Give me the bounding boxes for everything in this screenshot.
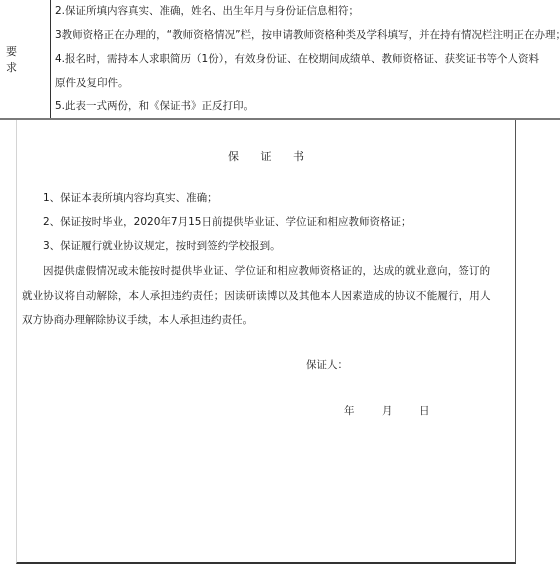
- pledge-paragraph-line-1: 因提供虚假情况或未能按时提供毕业证、学位证和相应教师资格证的，达成的就业意向，签…: [43, 264, 490, 278]
- pledge-item-3: 3、保证履行就业协议规定，按时到签约学校报到。: [43, 239, 281, 253]
- requirement-line-3: 3教师资格正在办理的，“教师资格情况”栏，按申请教师资格种类及学科填写，并在持有…: [55, 28, 560, 42]
- pledge-item-2: 2、保证按时毕业，2020年7月15日前提供毕业证、学位证和相应教师资格证；: [43, 215, 411, 229]
- date-day: 日: [419, 403, 430, 418]
- requirements-content: 2.保证所填内容真实、准确，姓名、出生年月与身份证信息相符； 3教师资格正在办理…: [55, 0, 560, 118]
- requirement-line-2: 2.保证所填内容真实、准确，姓名、出生年月与身份证信息相符；: [55, 4, 359, 18]
- date-month: 月: [382, 403, 419, 418]
- pledge-item-1: 1、保证本表所填内容均真实、准确；: [43, 191, 218, 205]
- date-year: 年: [344, 403, 382, 418]
- signature-date: 年 月 日: [344, 403, 430, 418]
- requirement-line-4: 4.报名时，需持本人求职简历（1份），有效身份证、在校期间成绩单、教师资格证、获…: [55, 52, 539, 66]
- pledge-paragraph-line-2: 就业协议将自动解除，本人承担违约责任；因读研读博以及其他本人因素造成的协议不能履…: [22, 289, 491, 303]
- pledge-title: 保 证 书: [17, 148, 515, 164]
- requirements-label: 要 求: [0, 0, 51, 118]
- requirement-line-4-continued: 原件及复印件。: [55, 76, 129, 90]
- requirement-line-5: 5.此表一式两份，和《保证书》正反打印。: [55, 99, 254, 113]
- pledge-paragraph-line-3: 双方协商办理解除协议手续，本人承担违约责任。: [22, 313, 253, 327]
- pledge-section: 保 证 书 1、保证本表所填内容均真实、准确； 2、保证按时毕业，2020年7月…: [16, 120, 516, 564]
- signer-label: 保证人：: [306, 357, 348, 372]
- requirements-table: 要 求 2.保证所填内容真实、准确，姓名、出生年月与身份证信息相符； 3教师资格…: [0, 0, 560, 120]
